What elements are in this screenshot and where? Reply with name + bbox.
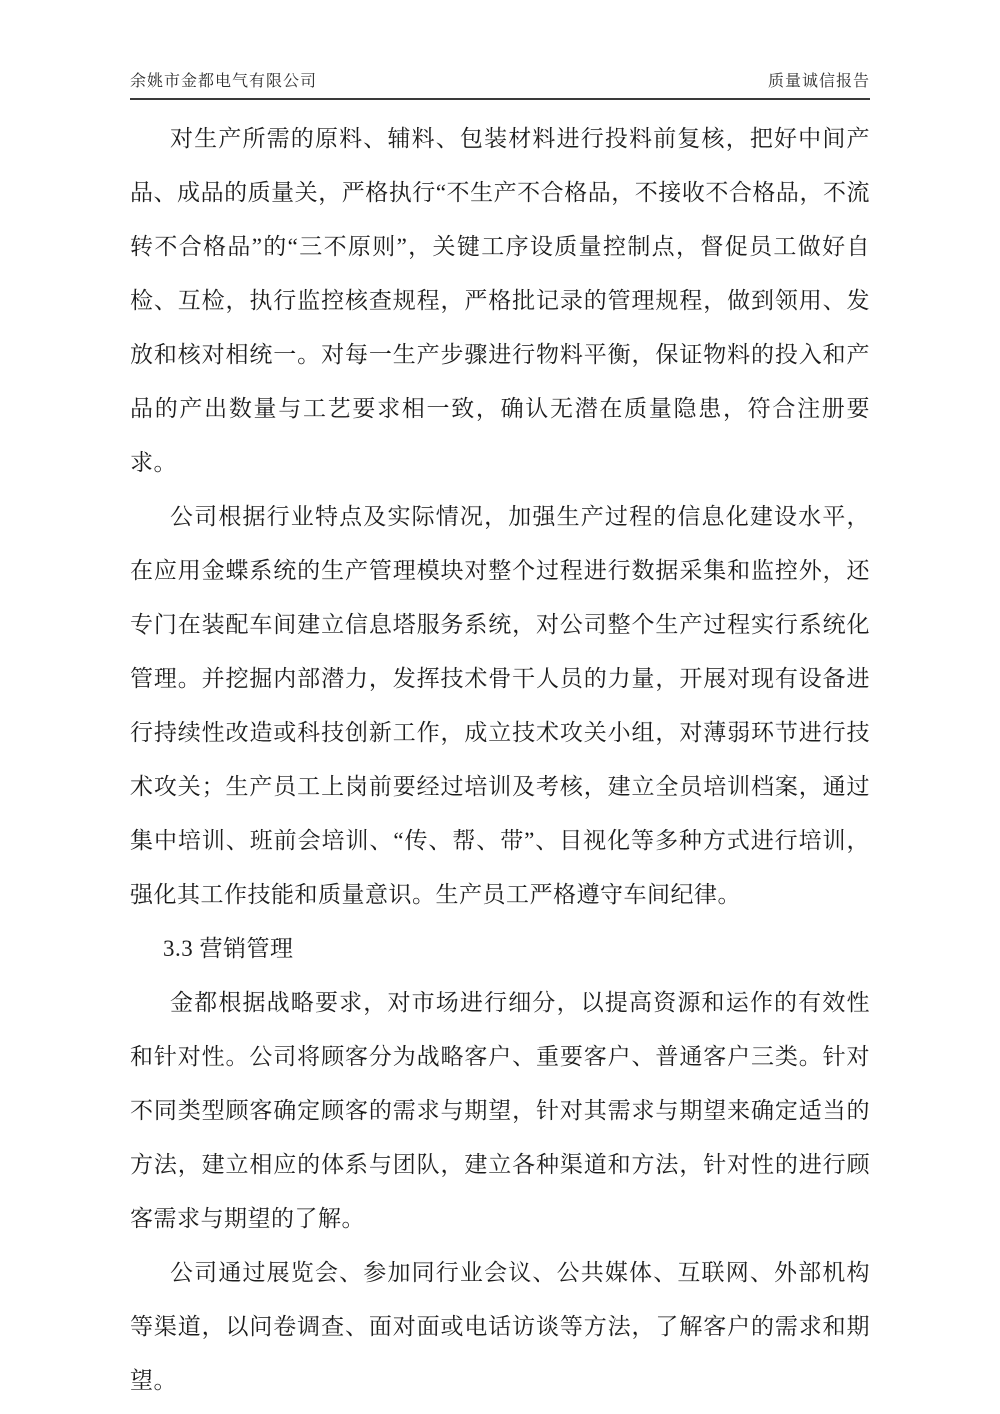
paragraph-customer-research-channels: 公司通过展览会、参加同行业会议、公共媒体、互联网、外部机构等渠道，以问卷调查、面… (130, 1246, 870, 1408)
header-company-name: 余姚市金都电气有限公司 (130, 68, 317, 91)
paragraph-production-material-check: 对生产所需的原料、辅料、包装材料进行投料前复核，把好中间产品、成品的质量关，严格… (130, 112, 870, 490)
header-doc-title: 质量诚信报告 (768, 68, 870, 91)
page-header: 余姚市金都电气有限公司 质量诚信报告 (130, 68, 870, 100)
paragraph-market-segmentation: 金都根据战略要求，对市场进行细分，以提高资源和运作的有效性和针对性。公司将顾客分… (130, 976, 870, 1246)
document-content: 对生产所需的原料、辅料、包装材料进行投料前复核，把好中间产品、成品的质量关，严格… (130, 112, 870, 1408)
paragraph-production-informatization: 公司根据行业特点及实际情况，加强生产过程的信息化建设水平，在应用金蝶系统的生产管… (130, 490, 870, 922)
document-page: 余姚市金都电气有限公司 质量诚信报告 对生产所需的原料、辅料、包装材料进行投料前… (0, 0, 1000, 1414)
section-heading-marketing-management: 3.3 营销管理 (130, 922, 870, 976)
